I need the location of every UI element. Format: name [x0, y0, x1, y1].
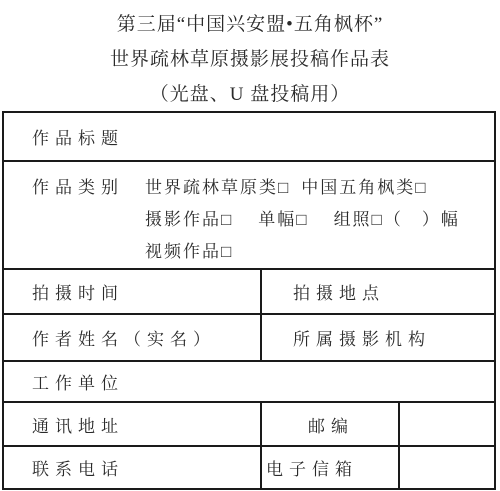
work-unit-label: 工作单位	[32, 369, 124, 394]
category-option-world-grassland-checkbox[interactable]: 世界疏林草原类□	[145, 172, 290, 204]
photo-org-cell: 所属摄影机构	[260, 315, 494, 360]
category-options-line1: 世界疏林草原类□ 中国五角枫类□	[145, 172, 460, 204]
category-options: 世界疏林草原类□ 中国五角枫类□ 摄影作品□ 单幅□ 组照□（ ）幅 视频作品□	[145, 172, 460, 268]
category-option-photography-checkbox[interactable]: 摄影作品□	[145, 204, 233, 236]
shoot-time-input-area[interactable]	[124, 270, 260, 313]
shoot-time-label: 拍摄时间	[32, 279, 124, 304]
work-title-input-area[interactable]	[124, 113, 494, 160]
work-title-label: 作品标题	[32, 124, 124, 149]
shoot-place-cell: 拍摄地点	[260, 270, 494, 313]
phone-input-area[interactable]	[124, 447, 260, 488]
work-unit-input-area[interactable]	[124, 362, 494, 401]
category-cell: 作品类别 世界疏林草原类□ 中国五角枫类□ 摄影作品□ 单幅□ 组照□（ ）幅 …	[4, 162, 494, 268]
phone-label: 联系电话	[32, 455, 124, 480]
category-row: 作品类别 世界疏林草原类□ 中国五角枫类□ 摄影作品□ 单幅□ 组照□（ ）幅 …	[4, 162, 494, 270]
submission-form-table: 作品标题 作品类别 世界疏林草原类□ 中国五角枫类□ 摄影作品□ 单幅□ 组照□…	[2, 111, 496, 490]
form-title-line1: 第三届“中国兴安盟•五角枫杯”	[0, 7, 500, 42]
phone-email-row: 联系电话 电子信箱	[4, 447, 494, 488]
work-title-cell: 作品标题	[4, 113, 494, 160]
phone-cell: 联系电话	[4, 447, 260, 488]
submission-form-document: 第三届“中国兴安盟•五角枫杯” 世界疏林草原摄影展投稿作品表 （光盘、U 盘投稿…	[0, 0, 500, 491]
photo-org-label: 所属摄影机构	[293, 325, 431, 350]
category-option-group-photo-checkbox[interactable]: 组照□（ ）幅	[334, 204, 460, 236]
form-title-line2: 世界疏林草原摄影展投稿作品表	[0, 42, 500, 77]
category-options-line2: 摄影作品□ 单幅□ 组照□（ ）幅	[145, 204, 460, 236]
category-option-china-maple-checkbox[interactable]: 中国五角枫类□	[301, 172, 427, 204]
shoot-place-label: 拍摄地点	[293, 279, 385, 304]
work-unit-row: 工作单位	[4, 362, 494, 403]
category-option-single-photo-checkbox[interactable]: 单幅□	[258, 204, 308, 236]
author-org-row: 作者姓名（实名） 所属摄影机构	[4, 315, 494, 362]
mail-address-input-area[interactable]	[124, 403, 260, 445]
category-option-video-checkbox[interactable]: 视频作品□	[145, 236, 233, 268]
author-name-label: 作者姓名（实名）	[32, 325, 216, 350]
author-name-cell: 作者姓名（实名）	[4, 315, 260, 360]
email-label-cell: 电子信箱	[260, 447, 398, 488]
email-input-cell[interactable]	[398, 447, 494, 488]
shoot-time-cell: 拍摄时间	[4, 270, 260, 313]
work-title-row: 作品标题	[4, 113, 494, 162]
author-name-input-area[interactable]	[216, 315, 260, 360]
category-options-line3: 视频作品□	[145, 236, 460, 268]
mail-address-label: 通讯地址	[32, 412, 124, 437]
form-title: 第三届“中国兴安盟•五角枫杯” 世界疏林草原摄影展投稿作品表 （光盘、U 盘投稿…	[0, 7, 500, 112]
photo-org-input-area[interactable]	[431, 315, 494, 360]
address-postal-row: 通讯地址 邮编	[4, 403, 494, 447]
mail-address-cell: 通讯地址	[4, 403, 260, 445]
form-title-line3: （光盘、U 盘投稿用）	[0, 77, 500, 112]
email-label: 电子信箱	[266, 455, 358, 480]
postal-code-label: 邮编	[308, 412, 354, 437]
postal-code-input-cell[interactable]	[398, 403, 494, 445]
work-unit-cell: 工作单位	[4, 362, 494, 401]
category-label: 作品类别	[32, 172, 145, 204]
postal-code-label-cell: 邮编	[260, 403, 398, 445]
shoot-place-input-area[interactable]	[385, 270, 494, 313]
shoot-time-place-row: 拍摄时间 拍摄地点	[4, 270, 494, 315]
